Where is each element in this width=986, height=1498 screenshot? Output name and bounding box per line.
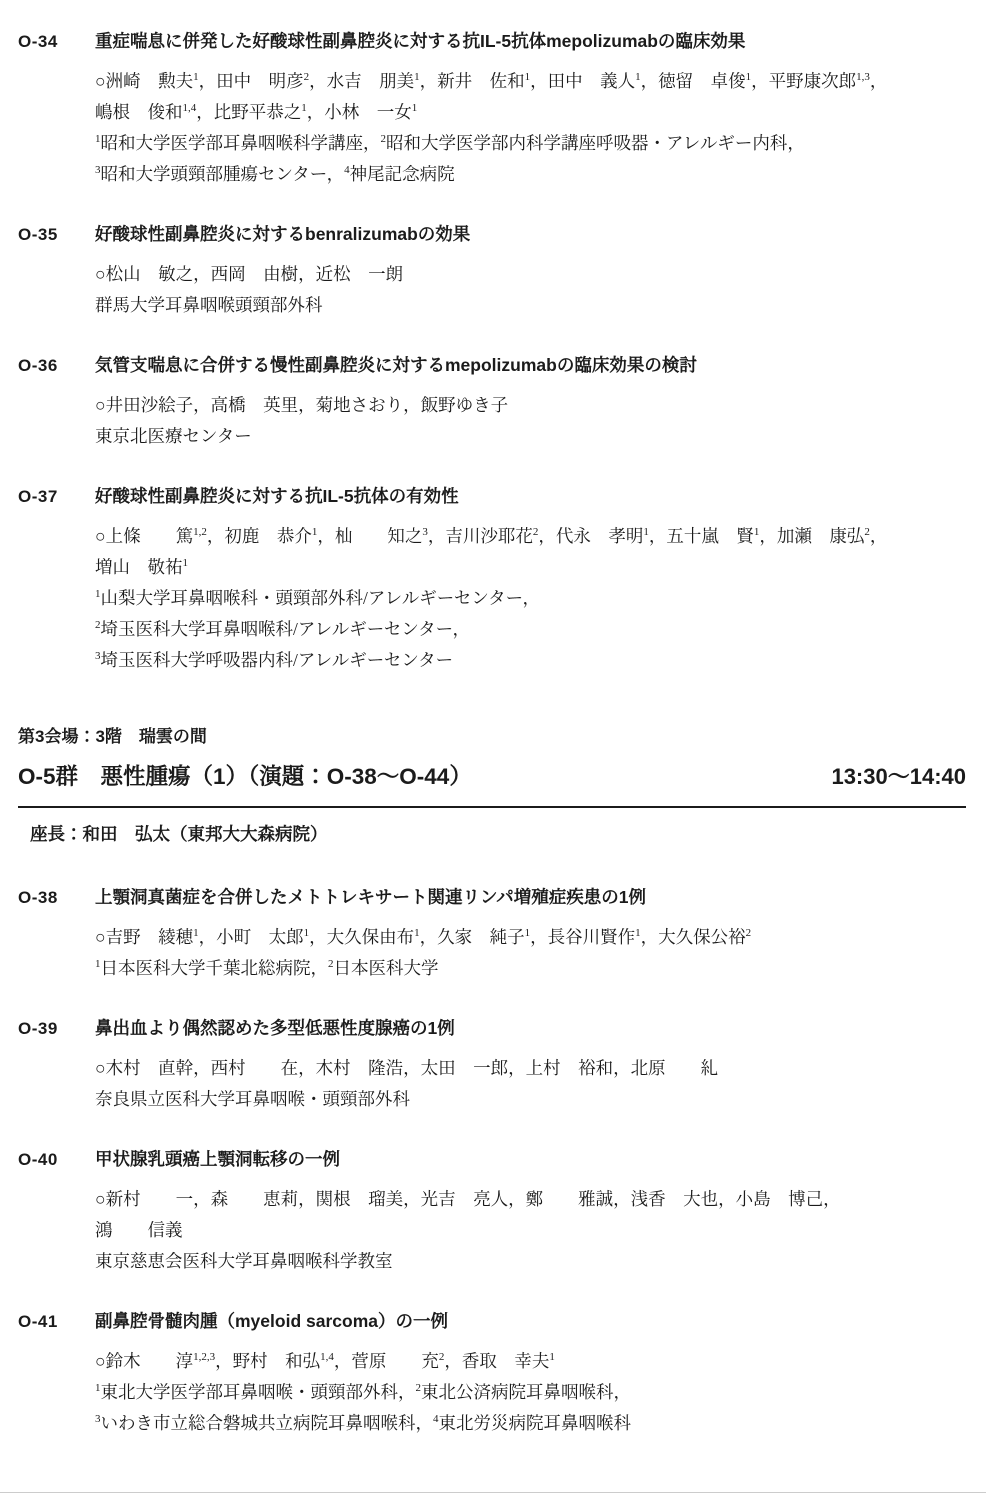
affiliation-superscript: 2 xyxy=(328,958,334,970)
author-line: ○上條 篤1,2，初鹿 恭介1，杣 知之3，吉川沙耶花2，代永 孝明1，五十嵐 … xyxy=(95,521,966,552)
session-venue: 第3会場：3階 瑞雲の間 xyxy=(18,724,966,750)
presentation-authors: ○木村 直幹，西村 在，木村 隆浩，太田 一郎，上村 裕和，北原 糺 xyxy=(95,1053,966,1084)
affiliation-superscript: 2 xyxy=(95,619,101,631)
session-time: 13:30～14:40 xyxy=(831,760,966,794)
affiliation-line: 1山梨大学耳鼻咽喉科・頭頸部外科/アレルギーセンター， xyxy=(95,583,966,614)
presentation-title: 好酸球性副鼻腔炎に対するbenralizumabの効果 xyxy=(95,219,966,250)
presentation-entry: O-39 鼻出血より偶然認めた多型低悪性度腺癌の1例 ○木村 直幹，西村 在，木… xyxy=(18,1013,966,1115)
presentation-title: 副鼻腔骨髄肉腫（myeloid sarcoma）の一例 xyxy=(95,1306,966,1337)
affiliation-superscript: 3 xyxy=(95,650,101,662)
affiliation-superscript: 1,4 xyxy=(183,102,197,114)
presentation-id: O-40 xyxy=(18,1144,95,1175)
affiliation-superscript: 4 xyxy=(433,1413,439,1425)
affiliation-superscript: 1 xyxy=(304,927,310,939)
presentation-authors: ○吉野 綾穂1，小町 太郎1，大久保由布1，久家 純子1，長谷川賢作1，大久保公… xyxy=(95,922,966,953)
session-chair: 座長：和田 弘太（東邦大大森病院） xyxy=(18,820,966,848)
presentation-entry: O-35 好酸球性副鼻腔炎に対するbenralizumabの効果 ○松山 敏之，… xyxy=(18,219,966,321)
affiliation-line: 群馬大学耳鼻咽喉頭頸部外科 xyxy=(95,290,966,321)
presentation-affiliations: 1昭和大学医学部耳鼻咽喉科学講座，2昭和大学医学部内科学講座呼吸器・アレルギー内… xyxy=(95,128,966,190)
author-line: ○木村 直幹，西村 在，木村 隆浩，太田 一郎，上村 裕和，北原 糺 xyxy=(95,1053,966,1084)
presentation-id: O-37 xyxy=(18,481,95,512)
author-line: ○松山 敏之，西岡 由樹，近松 一朗 xyxy=(95,259,966,290)
author-line: ○洲崎 勲夫1，田中 明彦2，水吉 朋美1，新井 佐和1，田中 義人1，徳留 卓… xyxy=(95,66,966,97)
author-line: 嶋根 俊和1,4，比野平恭之1，小林 一女1 xyxy=(95,97,966,128)
entries-section-top: O-34 重症喘息に併発した好酸球性副鼻腔炎に対する抗IL-5抗体mepoliz… xyxy=(18,26,966,676)
program-page: O-34 重症喘息に併発した好酸球性副鼻腔炎に対する抗IL-5抗体mepoliz… xyxy=(0,0,986,1498)
affiliation-superscript: 1,2 xyxy=(193,526,207,538)
affiliation-superscript: 2 xyxy=(304,71,310,83)
presentation-body: 気管支喘息に合併する慢性副鼻腔炎に対するmepolizumabの臨床効果の検討 … xyxy=(95,350,966,452)
affiliation-superscript: 1 xyxy=(95,133,101,145)
presentation-authors: ○洲崎 勲夫1，田中 明彦2，水吉 朋美1，新井 佐和1，田中 義人1，徳留 卓… xyxy=(95,66,966,128)
presentation-title: 鼻出血より偶然認めた多型低悪性度腺癌の1例 xyxy=(95,1013,966,1044)
presentation-id: O-39 xyxy=(18,1013,95,1044)
session-divider xyxy=(18,806,966,808)
presentation-affiliations: 1東北大学医学部耳鼻咽喉・頭頸部外科，2東北公済病院耳鼻咽喉科，3いわき市立総合… xyxy=(95,1377,966,1439)
presentation-body: 甲状腺乳頭癌上顎洞転移の一例 ○新村 一，森 恵莉，関根 瑠美，光吉 亮人，鄭 … xyxy=(95,1144,966,1277)
author-line: ○鈴木 淳1,2,3，野村 和弘1,4，菅原 充2，香取 幸夫1 xyxy=(95,1346,966,1377)
author-line: ○新村 一，森 恵莉，関根 瑠美，光吉 亮人，鄭 雅誠，浅香 大也，小島 博己， xyxy=(95,1184,966,1215)
presentation-affiliations: 東京北医療センター xyxy=(95,421,966,452)
affiliation-superscript: 2 xyxy=(533,526,539,538)
session-header: 第3会場：3階 瑞雲の間 O-5群 悪性腫瘍（1）（演題：O-38～O-44） … xyxy=(18,724,966,848)
presentation-id: O-38 xyxy=(18,882,95,913)
entries-section-bottom: O-38 上顎洞真菌症を合併したメトトレキサート関連リンパ増殖症疾患の1例 ○吉… xyxy=(18,882,966,1439)
presentation-body: 副鼻腔骨髄肉腫（myeloid sarcoma）の一例 ○鈴木 淳1,2,3，野… xyxy=(95,1306,966,1439)
affiliation-superscript: 1 xyxy=(312,526,318,538)
presentation-authors: ○松山 敏之，西岡 由樹，近松 一朗 xyxy=(95,259,966,290)
presentation-authors: ○上條 篤1,2，初鹿 恭介1，杣 知之3，吉川沙耶花2，代永 孝明1，五十嵐 … xyxy=(95,521,966,583)
presentation-body: 上顎洞真菌症を合併したメトトレキサート関連リンパ増殖症疾患の1例 ○吉野 綾穂1… xyxy=(95,882,966,984)
presentation-affiliations: 群馬大学耳鼻咽喉頭頸部外科 xyxy=(95,290,966,321)
presentation-entry: O-38 上顎洞真菌症を合併したメトトレキサート関連リンパ増殖症疾患の1例 ○吉… xyxy=(18,882,966,984)
affiliation-line: 1日本医科大学千葉北総病院，2日本医科大学 xyxy=(95,953,966,984)
author-line: 増山 敬祐1 xyxy=(95,552,966,583)
affiliation-superscript: 1 xyxy=(301,102,307,114)
affiliation-superscript: 2 xyxy=(381,133,387,145)
presentation-body: 鼻出血より偶然認めた多型低悪性度腺癌の1例 ○木村 直幹，西村 在，木村 隆浩，… xyxy=(95,1013,966,1115)
affiliation-superscript: 2 xyxy=(864,526,870,538)
presentation-body: 重症喘息に併発した好酸球性副鼻腔炎に対する抗IL-5抗体mepolizumabの… xyxy=(95,26,966,190)
affiliation-line: 東京慈恵会医科大学耳鼻咽喉科学教室 xyxy=(95,1246,966,1277)
presentation-affiliations: 1山梨大学耳鼻咽喉科・頭頸部外科/アレルギーセンター，2埼玉医科大学耳鼻咽喉科/… xyxy=(95,583,966,676)
session-title-row: O-5群 悪性腫瘍（1）（演題：O-38～O-44） 13:30～14:40 xyxy=(18,760,966,794)
affiliation-superscript: 1,4 xyxy=(320,1351,334,1363)
affiliation-superscript: 3 xyxy=(95,164,101,176)
presentation-title: 甲状腺乳頭癌上顎洞転移の一例 xyxy=(95,1144,966,1175)
presentation-body: 好酸球性副鼻腔炎に対する抗IL-5抗体の有効性 ○上條 篤1,2，初鹿 恭介1，… xyxy=(95,481,966,676)
affiliation-superscript: 4 xyxy=(344,164,350,176)
presentation-entry: O-36 気管支喘息に合併する慢性副鼻腔炎に対するmepolizumabの臨床効… xyxy=(18,350,966,452)
affiliation-line: 3昭和大学頭頸部腫瘍センター，4神尾記念病院 xyxy=(95,159,966,190)
affiliation-superscript: 3 xyxy=(95,1413,101,1425)
affiliation-superscript: 2 xyxy=(416,1382,422,1394)
affiliation-superscript: 1 xyxy=(414,71,420,83)
presentation-entry: O-41 副鼻腔骨髄肉腫（myeloid sarcoma）の一例 ○鈴木 淳1,… xyxy=(18,1306,966,1439)
presentation-body: 好酸球性副鼻腔炎に対するbenralizumabの効果 ○松山 敏之，西岡 由樹… xyxy=(95,219,966,321)
affiliation-line: 3いわき市立総合磐城共立病院耳鼻咽喉科，4東北労災病院耳鼻咽喉科 xyxy=(95,1408,966,1439)
page-bottom-rule xyxy=(0,1492,986,1493)
affiliation-superscript: 1 xyxy=(95,958,101,970)
affiliation-superscript: 1,2,3 xyxy=(193,1351,215,1363)
affiliation-superscript: 1 xyxy=(635,927,641,939)
presentation-affiliations: 奈良県立医科大学耳鼻咽喉・頭頸部外科 xyxy=(95,1084,966,1115)
affiliation-superscript: 1 xyxy=(746,71,752,83)
presentation-authors: ○井田沙絵子，高橋 英里，菊地さおり，飯野ゆき子 xyxy=(95,390,966,421)
presentation-id: O-41 xyxy=(18,1306,95,1337)
affiliation-superscript: 1 xyxy=(635,71,641,83)
affiliation-superscript: 2 xyxy=(746,927,752,939)
presentation-affiliations: 1日本医科大学千葉北総病院，2日本医科大学 xyxy=(95,953,966,984)
affiliation-superscript: 1 xyxy=(193,927,199,939)
presentation-title: 上顎洞真菌症を合併したメトトレキサート関連リンパ増殖症疾患の1例 xyxy=(95,882,966,913)
affiliation-superscript: 1 xyxy=(95,1382,101,1394)
affiliation-superscript: 2 xyxy=(439,1351,445,1363)
session-group-title: O-5群 悪性腫瘍（1）（演題：O-38～O-44） xyxy=(18,760,472,794)
affiliation-superscript: 1 xyxy=(643,526,649,538)
affiliation-superscript: 1,3 xyxy=(856,71,870,83)
affiliation-superscript: 3 xyxy=(422,526,428,538)
author-line: ○井田沙絵子，高橋 英里，菊地さおり，飯野ゆき子 xyxy=(95,390,966,421)
affiliation-line: 奈良県立医科大学耳鼻咽喉・頭頸部外科 xyxy=(95,1084,966,1115)
affiliation-superscript: 1 xyxy=(414,927,420,939)
presentation-title: 気管支喘息に合併する慢性副鼻腔炎に対するmepolizumabの臨床効果の検討 xyxy=(95,350,966,381)
affiliation-line: 3埼玉医科大学呼吸器内科/アレルギーセンター xyxy=(95,645,966,676)
affiliation-superscript: 1 xyxy=(193,71,199,83)
affiliation-superscript: 1 xyxy=(754,526,760,538)
presentation-authors: ○新村 一，森 恵莉，関根 瑠美，光吉 亮人，鄭 雅誠，浅香 大也，小島 博己，… xyxy=(95,1184,966,1246)
presentation-affiliations: 東京慈恵会医科大学耳鼻咽喉科学教室 xyxy=(95,1246,966,1277)
presentation-id: O-34 xyxy=(18,26,95,57)
affiliation-superscript: 1 xyxy=(549,1351,555,1363)
presentation-title: 重症喘息に併発した好酸球性副鼻腔炎に対する抗IL-5抗体mepolizumabの… xyxy=(95,26,966,57)
affiliation-superscript: 1 xyxy=(412,102,418,114)
affiliation-superscript: 1 xyxy=(525,927,531,939)
affiliation-line: 1昭和大学医学部耳鼻咽喉科学講座，2昭和大学医学部内科学講座呼吸器・アレルギー内… xyxy=(95,128,966,159)
presentation-id: O-35 xyxy=(18,219,95,250)
affiliation-superscript: 1 xyxy=(95,588,101,600)
author-line: 鴻 信義 xyxy=(95,1215,966,1246)
affiliation-superscript: 1 xyxy=(525,71,531,83)
presentation-entry: O-37 好酸球性副鼻腔炎に対する抗IL-5抗体の有効性 ○上條 篤1,2，初鹿… xyxy=(18,481,966,676)
presentation-authors: ○鈴木 淳1,2,3，野村 和弘1,4，菅原 充2，香取 幸夫1 xyxy=(95,1346,966,1377)
presentation-entry: O-34 重症喘息に併発した好酸球性副鼻腔炎に対する抗IL-5抗体mepoliz… xyxy=(18,26,966,190)
author-line: ○吉野 綾穂1，小町 太郎1，大久保由布1，久家 純子1，長谷川賢作1，大久保公… xyxy=(95,922,966,953)
affiliation-line: 東京北医療センター xyxy=(95,421,966,452)
affiliation-line: 2埼玉医科大学耳鼻咽喉科/アレルギーセンター， xyxy=(95,614,966,645)
presentation-title: 好酸球性副鼻腔炎に対する抗IL-5抗体の有効性 xyxy=(95,481,966,512)
affiliation-line: 1東北大学医学部耳鼻咽喉・頭頸部外科，2東北公済病院耳鼻咽喉科， xyxy=(95,1377,966,1408)
presentation-entry: O-40 甲状腺乳頭癌上顎洞転移の一例 ○新村 一，森 恵莉，関根 瑠美，光吉 … xyxy=(18,1144,966,1277)
affiliation-superscript: 1 xyxy=(183,557,189,569)
presentation-id: O-36 xyxy=(18,350,95,381)
